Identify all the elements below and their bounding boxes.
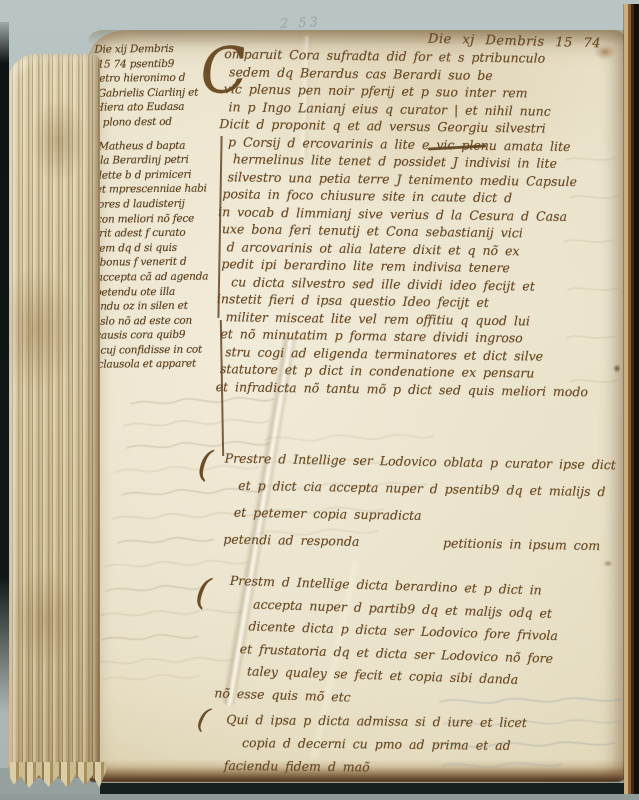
- manuscript-scan: 2 53 Die xj Dembris 15 74 Die xij Dembri…: [0, 0, 639, 800]
- main-text-block: omparuit Cora sufradta did for et s ptri…: [220, 45, 631, 401]
- manuscript-line: causis cora quib9: [95, 328, 221, 344]
- manuscript-line: Hiera ato Eudasa: [95, 100, 219, 116]
- manuscript-line: indu oz in silen et: [97, 298, 221, 314]
- left-dark-edge: [0, 22, 9, 714]
- paragraph-2: Prestre d Intellige ser Lodovico oblata …: [223, 444, 629, 559]
- manuscript-line: Matheus d bapta: [98, 138, 219, 154]
- manuscript-line: gla Berardinj petri: [93, 153, 219, 169]
- manuscript-line: clausola et apparet: [98, 357, 222, 373]
- scanner-bed-strip: [0, 794, 639, 800]
- manuscript-line: rem dq d si quis: [94, 240, 220, 256]
- manuscript-line: petendu ote illa: [95, 284, 221, 300]
- manuscript-line: accepta cã ad agenda: [97, 269, 221, 285]
- faint-folio-number: 2 53: [280, 15, 322, 32]
- fox-spot: [603, 560, 613, 567]
- manuscript-line: faciendu fidem d maõ: [224, 754, 626, 781]
- book-fore-edge: [8, 54, 100, 778]
- spine-gutter: [623, 4, 639, 800]
- manuscript-line: slo nõ ad este con: [100, 313, 221, 329]
- manuscript-line: cuj confidisse in cot: [100, 342, 221, 358]
- manuscript-line: rit adest f curato: [99, 225, 220, 241]
- manuscript-line: lette b d primiceri: [99, 167, 220, 183]
- manuscript-line: tores d laudisterij: [94, 196, 220, 212]
- paragraph-4: Qui d ipsa p dicta admissa si d iure et …: [226, 708, 627, 781]
- manuscript-line: con meliori nõ fece: [96, 211, 220, 227]
- manuscript-line: et mprescenniae habi: [96, 182, 220, 198]
- manuscript-line: d plono dest od: [93, 114, 219, 130]
- paragraph-3: Prestm d Intellige dicta berardino et p …: [226, 570, 630, 717]
- manuscript-line: bonus f venerit d: [100, 255, 221, 271]
